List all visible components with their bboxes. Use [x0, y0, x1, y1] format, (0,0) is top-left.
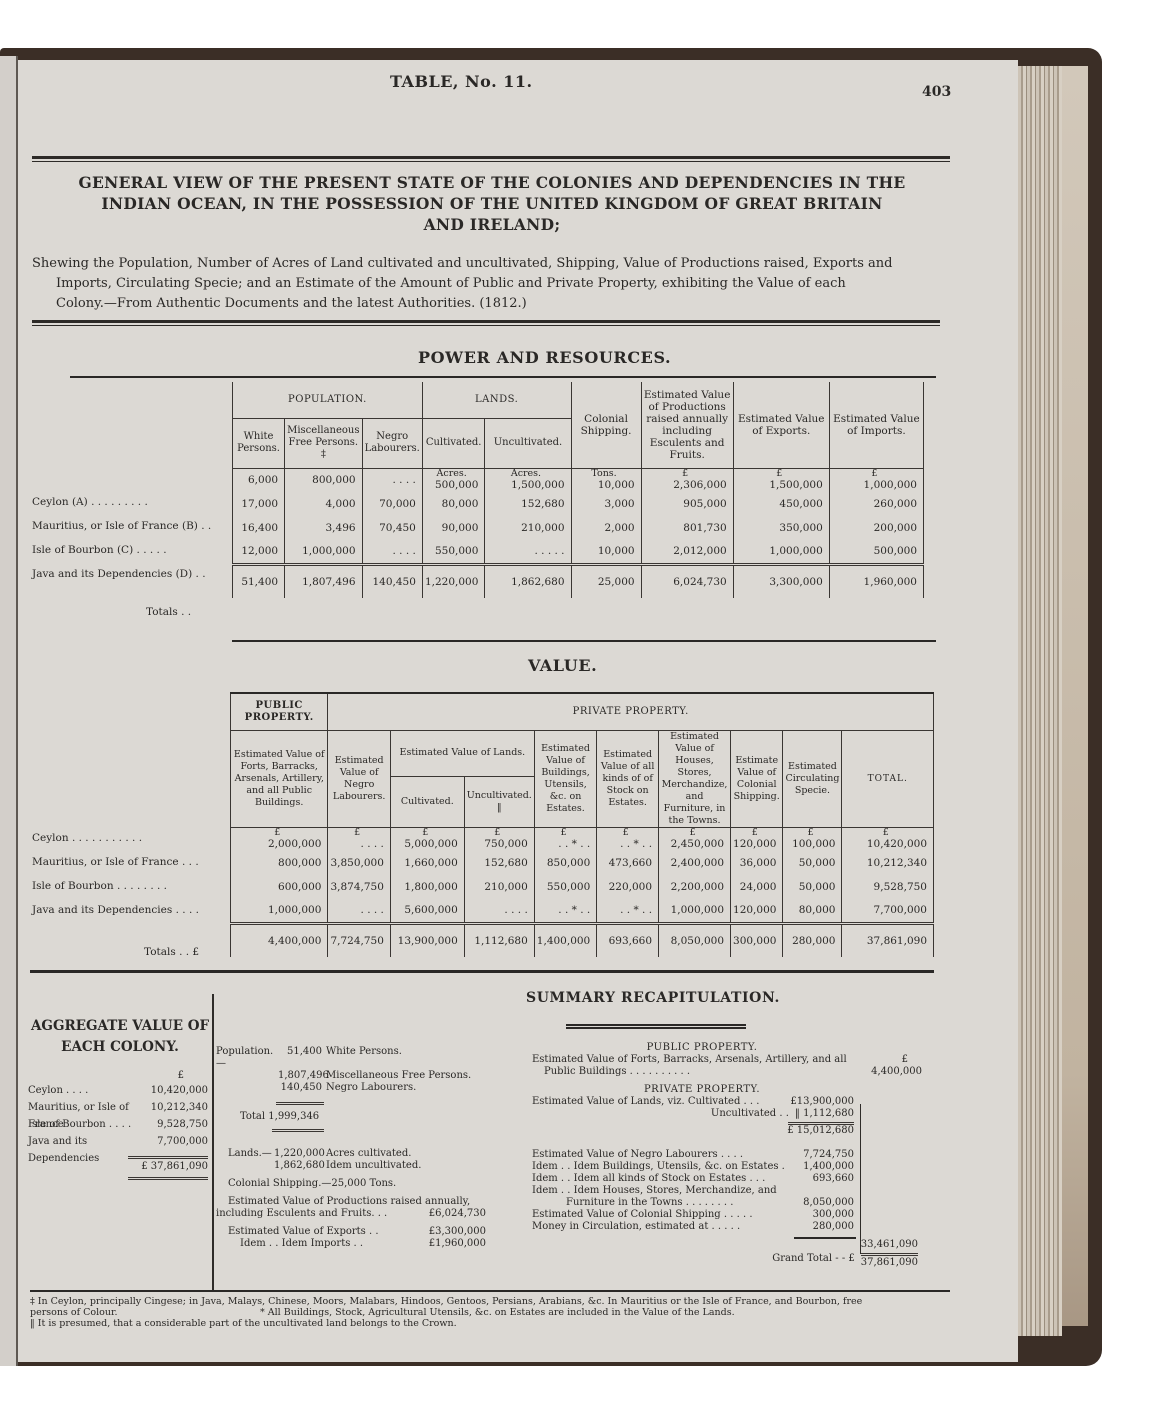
item-value: £1,960,000: [429, 1238, 486, 1250]
unit-label: £: [661, 828, 724, 838]
productions-label: Estimated Value of Productions raised an…: [216, 1196, 486, 1208]
table-row: 6,000 800,000 . . . . Acres.500,000 Acre…: [233, 468, 924, 492]
cell: 1,000,000: [659, 899, 731, 923]
shipping-summary: Colonial Shipping.—25,000 Tons.: [216, 1178, 486, 1190]
cell: 3,874,750: [328, 875, 390, 899]
list-item: Population.—51,400White Persons.: [216, 1046, 486, 1070]
recap-public-heading: PUBLIC PROPERTY.: [532, 1042, 872, 1054]
cell: 37,861,090: [842, 923, 934, 957]
col-header: White Persons.: [233, 418, 285, 468]
cell: 5,600,000: [390, 899, 464, 923]
list-item: Public Buildings . . . . . . . . . .4,40…: [532, 1066, 922, 1078]
cell: 220,000: [597, 875, 659, 899]
cell: . . * . .: [558, 838, 590, 850]
item-value: 7,700,000: [157, 1133, 208, 1150]
totals-row: 4,400,000 7,724,750 13,900,000 1,112,680…: [231, 923, 934, 957]
unit-label: £: [736, 469, 823, 479]
row-label: Isle of Bourbon . . . . . . . .: [32, 874, 199, 898]
rule: [232, 640, 936, 642]
col-header-total: TOTAL.: [842, 730, 934, 827]
col-header: Colonial Shipping.: [571, 382, 641, 468]
cell: 6,000: [233, 468, 285, 492]
grand-total-value: 37,861,090: [861, 1253, 918, 1269]
item-label: Acres cultivated.: [322, 1148, 411, 1160]
cell: 800,000: [231, 851, 328, 875]
item-value: £3,300,000: [429, 1226, 486, 1238]
list-item: Money in Circulation, estimated at . . .…: [532, 1221, 854, 1233]
cell: 2,000: [571, 516, 641, 540]
item-value: 1,862,680: [274, 1160, 322, 1172]
cell: 3,496: [285, 516, 363, 540]
population-summary: Population.—51,400White Persons. 1,807,4…: [216, 1046, 486, 1250]
item-value: 693,660: [813, 1173, 854, 1185]
list-item: Java and its Dependencies7,700,000: [28, 1133, 208, 1150]
cell: 3,000: [571, 492, 641, 516]
item-label: Money in Circulation, estimated at . . .…: [532, 1221, 740, 1233]
row-label: Mauritius, or Isle of France (B) . .: [32, 514, 211, 538]
item-label: Negro Labourers.: [322, 1082, 416, 1094]
item-label: Public Buildings . . . . . . . . . .: [532, 1066, 690, 1078]
col-header: Estimated Value of Exports.: [733, 382, 829, 468]
col-header: Estimate Value of Colonial Shipping.: [731, 730, 783, 827]
list-item: Estimated Value of Exports . .£3,300,000: [216, 1226, 486, 1238]
col-header: Estimated Value of all kinds of of Stock…: [597, 730, 659, 827]
item-label: Miscellaneous Free Persons.: [322, 1070, 471, 1082]
item-label: Idem . . Idem Buildings, Utensils, &c. o…: [532, 1161, 785, 1173]
title-line: GENERAL VIEW OF THE PRESENT STATE OF THE…: [32, 172, 952, 193]
col-header: Negro Labourers.: [362, 418, 422, 468]
footnotes: ‡ In Ceylon, principally Cingese; in Jav…: [30, 1296, 930, 1329]
unit-label: £: [537, 828, 590, 838]
recap-private-heading: PRIVATE PROPERTY.: [532, 1084, 872, 1096]
cell: 750,000: [484, 838, 527, 850]
cell: 1,000,000: [864, 479, 917, 491]
table-label: TABLE, No. 11.: [390, 72, 533, 91]
cell: 693,660: [597, 923, 659, 957]
group-lands-value: Estimated Value of Lands.: [390, 730, 534, 776]
item-value: ‖ 1,112,680: [795, 1108, 854, 1120]
cell: . . * . .: [620, 838, 652, 850]
cell: 550,000: [422, 540, 485, 564]
cell: 10,420,000: [867, 838, 927, 850]
list-item: Ceylon . . . .10,420,000: [28, 1082, 208, 1099]
cell: 70,450: [362, 516, 422, 540]
cell: 260,000: [829, 492, 923, 516]
cell: 50,000: [783, 851, 842, 875]
list-item: Idem . . Idem all kinds of Stock on Esta…: [532, 1173, 854, 1185]
list-item: Lands.—1,220,000Acres cultivated.: [216, 1148, 486, 1160]
item-label: Idem . . Idem all kinds of Stock on Esta…: [532, 1173, 765, 1185]
rule: [30, 1290, 950, 1292]
row-label-totals: Totals . . £: [144, 946, 199, 958]
item-value: £6,024,730: [429, 1208, 486, 1220]
cell: 2,012,000: [641, 540, 733, 564]
table-row: 800,000 3,850,000 1,660,000 152,680 850,…: [231, 851, 934, 875]
cell: 801,730: [641, 516, 733, 540]
unit-label: £: [393, 828, 458, 838]
item-value: 1,400,000: [803, 1161, 854, 1173]
cell: 600,000: [231, 875, 328, 899]
title-line: INDIAN OCEAN, IN THE POSSESSION OF THE U…: [32, 193, 952, 214]
unit-label: £: [733, 828, 776, 838]
cell: 550,000: [534, 875, 596, 899]
cell: 140,450: [362, 564, 422, 598]
unit-label: £: [28, 1070, 208, 1082]
item-label: Java and its Dependencies: [28, 1133, 157, 1150]
list-item: Uncultivated . .‖ 1,112,680: [532, 1108, 854, 1120]
cell: 152,680: [485, 492, 571, 516]
cell: 36,000: [731, 851, 783, 875]
item-value: 9,528,750: [157, 1116, 208, 1133]
cell: 300,000: [731, 923, 783, 957]
cell: 350,000: [733, 516, 829, 540]
cell: 7,724,750: [328, 923, 390, 957]
item-label: Estimated Value of Negro Labourers . . .…: [532, 1149, 743, 1161]
cell: 51,400: [233, 564, 285, 598]
item-value: 7,724,750: [803, 1149, 854, 1161]
unit-label: £: [785, 828, 835, 838]
cell: 12,000: [233, 540, 285, 564]
cell: 2,306,000: [673, 479, 726, 491]
cell: 90,000: [422, 516, 485, 540]
unit-label: £: [902, 1054, 922, 1066]
section-title-value: VALUE.: [528, 656, 597, 675]
unit-label: £: [599, 828, 652, 838]
population-total: Total 1,999,346: [216, 1111, 486, 1123]
item-label: Estimated Value of Exports . .: [228, 1226, 379, 1238]
cell: . . . .: [328, 899, 390, 923]
item-value: 51,400: [278, 1046, 322, 1070]
grand-total-row: Grand Total - - £37,861,090: [532, 1253, 918, 1269]
totals-row: 51,400 1,807,496 140,450 1,220,000 1,862…: [233, 564, 924, 598]
col-header: Cultivated.: [422, 418, 485, 468]
item-label: Idem . . Idem Imports . .: [240, 1238, 363, 1250]
list-item: 1,807,496Miscellaneous Free Persons.: [216, 1070, 486, 1082]
cell: . . . .: [362, 468, 422, 492]
table-row: 1,000,000 . . . . 5,600,000 . . . . . . …: [231, 899, 934, 923]
cell: 210,000: [464, 875, 534, 899]
group-lands: LANDS.: [422, 382, 571, 418]
item-value: 280,000: [813, 1221, 854, 1233]
group-population: POPULATION.: [233, 382, 423, 418]
column-divider: [212, 994, 214, 1290]
cell: 2,000,000: [268, 838, 321, 850]
cell: 70,000: [362, 492, 422, 516]
page-edges-outer: [1062, 66, 1088, 1326]
cell: . . * . .: [534, 899, 596, 923]
cell: 120,000: [731, 899, 783, 923]
list-item: Mauritius, or Isle of France10,212,340: [28, 1099, 208, 1116]
row-label: Isle of Bourbon (C) . . . . .: [32, 538, 211, 562]
cell: 5,000,000: [404, 838, 457, 850]
cell: 1,800,000: [390, 875, 464, 899]
cell: 17,000: [233, 492, 285, 516]
rule: [70, 376, 936, 378]
rule: [30, 970, 934, 973]
cell: 2,200,000: [659, 875, 731, 899]
row-label: Ceylon . . . . . . . . . . .: [32, 826, 199, 850]
cell: 1,000,000: [285, 540, 363, 564]
cell: 50,000: [783, 875, 842, 899]
row-label: Mauritius, or Isle of France . . .: [32, 850, 199, 874]
cell: . . . .: [464, 899, 534, 923]
cell: 2,400,000: [659, 851, 731, 875]
item-value: £13,900,000: [790, 1096, 854, 1108]
unit-label: £: [330, 828, 383, 838]
unit-label: Acres.: [487, 469, 564, 479]
value-row-labels: Ceylon . . . . . . . . . . . Mauritius, …: [32, 826, 199, 922]
item-label: Isle of Bourbon . . . .: [28, 1116, 131, 1133]
item-value: 4,400,000: [871, 1066, 922, 1078]
row-label: Ceylon (A) . . . . . . . . .: [32, 490, 211, 514]
cell: 1,112,680: [464, 923, 534, 957]
table-row: 12,000 1,000,000 . . . . 550,000 . . . .…: [233, 540, 924, 564]
item-value: 8,050,000: [803, 1197, 854, 1209]
group-private-property: PRIVATE PROPERTY.: [328, 694, 934, 730]
cell: 13,900,000: [390, 923, 464, 957]
table-row: 600,000 3,874,750 1,800,000 210,000 550,…: [231, 875, 934, 899]
item-label: Lands.—: [216, 1148, 274, 1160]
cell: 10,212,340: [842, 851, 934, 875]
list-item: Idem . . Idem Houses, Stores, Merchandiz…: [532, 1185, 854, 1197]
row-label-totals: Totals . .: [146, 606, 191, 618]
page-title: GENERAL VIEW OF THE PRESENT STATE OF THE…: [32, 172, 952, 235]
cell: 3,300,000: [733, 564, 829, 598]
col-header: Estimated Value of Negro Labourers.: [328, 730, 390, 827]
unit-label: £: [467, 828, 528, 838]
aggregate-title: AGGREGATE VALUE OF EACH COLONY.: [28, 1016, 212, 1058]
list-item: Estimated Value of Colonial Shipping . .…: [532, 1209, 854, 1221]
cell: 1,807,496: [285, 564, 363, 598]
cell: . . . .: [362, 540, 422, 564]
item-label: Mauritius, or Isle of France: [28, 1099, 151, 1116]
recap-block: PUBLIC PROPERTY. Estimated Value of Fort…: [532, 1042, 922, 1269]
item-label: Estimated Value of Lands, viz. Cultivate…: [532, 1096, 759, 1108]
power-row-labels: Ceylon (A) . . . . . . . . . Mauritius, …: [32, 490, 211, 586]
cell: 4,400,000: [231, 923, 328, 957]
item-label: Uncultivated . .: [711, 1108, 789, 1120]
item-value: 1,220,000: [274, 1148, 322, 1160]
list-item: Furniture in the Towns . . . . . . . .8,…: [532, 1197, 854, 1209]
item-label: Idem . . Idem Houses, Stores, Merchandiz…: [532, 1185, 777, 1197]
cell: 1,000,000: [733, 540, 829, 564]
double-rule: [32, 156, 950, 162]
unit-label: £: [233, 828, 321, 838]
cell: 210,000: [485, 516, 571, 540]
section-title-power: POWER AND RESOURCES.: [418, 348, 671, 367]
grand-total-label: Grand Total - - £: [772, 1253, 855, 1269]
cell: 280,000: [783, 923, 842, 957]
cell: 850,000: [534, 851, 596, 875]
unit-label: Tons.: [574, 469, 635, 479]
subtitle-line: Imports, Circulating Specie; and an Esti…: [32, 274, 952, 294]
cell: 8,050,000: [659, 923, 731, 957]
page-subtitle: Shewing the Population, Number of Acres …: [32, 254, 952, 314]
col-header: Estimated Value of Houses, Stores, Merch…: [659, 730, 731, 827]
aggregate-title-line: AGGREGATE VALUE OF: [28, 1016, 212, 1037]
list-item: Estimated Value of Forts, Barracks, Arse…: [532, 1054, 922, 1066]
item-label: including Esculents and Fruits. . .: [216, 1208, 387, 1220]
title-line: AND IRELAND;: [32, 214, 952, 235]
cell: 1,400,000: [534, 923, 596, 957]
aggregate-list: £ Ceylon . . . .10,420,000 Mauritius, or…: [28, 1070, 208, 1180]
cell: 7,700,000: [842, 899, 934, 923]
col-header: Estimated Value of Buildings, Utensils, …: [534, 730, 596, 827]
page-number: 403: [922, 84, 951, 100]
item-label: Idem uncultivated.: [322, 1160, 421, 1172]
cell: . . * . .: [597, 899, 659, 923]
list-item: Idem . . Idem Imports . .£1,960,000: [216, 1238, 486, 1250]
item-label: Ceylon . . . .: [28, 1082, 88, 1099]
facing-page-edge: [0, 56, 18, 1366]
cell: 1,500,000: [511, 479, 564, 491]
col-header: Miscellaneous Free Persons. ‡: [285, 418, 363, 468]
table-row: 17,000 4,000 70,000 80,000 152,680 3,000…: [233, 492, 924, 516]
col-header: Estimated Value of Imports.: [829, 382, 923, 468]
footnote: ‡ In Ceylon, principally Cingese; in Jav…: [30, 1296, 930, 1307]
col-header: Estimated Value of Forts, Barracks, Arse…: [231, 730, 328, 827]
item-label: Furniture in the Towns . . . . . . . .: [566, 1197, 733, 1209]
item-label: Estimated Value of Colonial Shipping . .…: [532, 1209, 753, 1221]
cell: 473,660: [597, 851, 659, 875]
double-rule: [32, 320, 940, 326]
cell: 16,400: [233, 516, 285, 540]
lands-total: £ 15,012,680: [532, 1125, 854, 1137]
cell: 1,862,680: [485, 564, 571, 598]
list-item: Isle of Bourbon . . . .9,528,750: [28, 1116, 208, 1133]
col-header: Uncultivated. ‖: [464, 776, 534, 827]
list-item: 1,862,680Idem uncultivated.: [216, 1160, 486, 1172]
cell: 1,220,000: [422, 564, 485, 598]
item-value: 300,000: [813, 1209, 854, 1221]
cell: 2,450,000: [671, 838, 724, 850]
cell: 80,000: [783, 899, 842, 923]
cell: 1,660,000: [390, 851, 464, 875]
cell: 905,000: [641, 492, 733, 516]
power-resources-table: POPULATION. LANDS. Colonial Shipping. Es…: [232, 382, 924, 598]
cell: 450,000: [733, 492, 829, 516]
item-label: Population.—: [216, 1046, 278, 1070]
footnote: ‖ It is presumed, that a considerable pa…: [30, 1318, 930, 1329]
cell: 10,000: [598, 479, 635, 491]
section-title-recap: SUMMARY RECAPITULATION.: [526, 990, 780, 1006]
item-value: 10,212,340: [151, 1099, 208, 1116]
row-label: Java and its Dependencies . . . .: [32, 898, 199, 922]
item-value: 140,450: [278, 1082, 322, 1094]
item-label: White Persons.: [322, 1046, 402, 1070]
row-label: Java and its Dependencies (D) . .: [32, 562, 211, 586]
unit-label: £: [644, 469, 727, 479]
col-header: Cultivated.: [390, 776, 464, 827]
aggregate-title-line: EACH COLONY.: [28, 1037, 212, 1058]
cell: 6,024,730: [641, 564, 733, 598]
unit-label: £: [832, 469, 917, 479]
cell: 4,000: [285, 492, 363, 516]
col-header: Estimated Value of Productions raised an…: [641, 382, 733, 468]
cell: . . . . .: [485, 540, 571, 564]
subtitle-line: Colony.—From Authentic Documents and the…: [32, 294, 952, 314]
cell: 120,000: [733, 838, 776, 850]
cell: 1,960,000: [829, 564, 923, 598]
item-value: 10,420,000: [151, 1082, 208, 1099]
list-item: Estimated Value of Lands, viz. Cultivate…: [532, 1096, 854, 1108]
cell: 152,680: [464, 851, 534, 875]
list-item: Idem . . Idem Buildings, Utensils, &c. o…: [532, 1161, 854, 1173]
list-item: including Esculents and Fruits. . .£6,02…: [216, 1208, 486, 1220]
cell: 500,000: [829, 540, 923, 564]
cell: 10,000: [571, 540, 641, 564]
cell: 1,500,000: [769, 479, 822, 491]
unit-label: £: [844, 828, 927, 838]
col-header: Estimated Circulating Specie.: [783, 730, 842, 827]
list-item: Estimated Value of Negro Labourers . . .…: [532, 1149, 854, 1161]
list-item: 140,450Negro Labourers.: [216, 1082, 486, 1094]
table-row: £2,000,000 £. . . . £5,000,000 £750,000 …: [231, 827, 934, 851]
table-row: 16,400 3,496 70,450 90,000 210,000 2,000…: [233, 516, 924, 540]
footnote: * All Buildings, Stock, Agricultural Ute…: [30, 1307, 930, 1318]
item-label: Estimated Value of Forts, Barracks, Arse…: [532, 1054, 847, 1066]
subtitle-line: Shewing the Population, Number of Acres …: [32, 254, 952, 274]
cell: 3,850,000: [328, 851, 390, 875]
group-public-property: PUBLIC PROPERTY.: [231, 694, 328, 730]
unit-label: Acres.: [425, 469, 479, 479]
bracket-line: [860, 1104, 861, 1254]
rule: [566, 1024, 746, 1029]
cell: 25,000: [571, 564, 641, 598]
cell: 9,528,750: [842, 875, 934, 899]
page-edges: [1018, 66, 1062, 1336]
cell: 200,000: [829, 516, 923, 540]
cell: 1,000,000: [231, 899, 328, 923]
item-value: 1,807,496: [278, 1070, 322, 1082]
cell: . . . .: [361, 838, 384, 850]
value-table: PUBLIC PROPERTY. PRIVATE PROPERTY. Estim…: [230, 694, 934, 957]
cell: 24,000: [731, 875, 783, 899]
cell: 800,000: [285, 468, 363, 492]
col-header: Uncultivated.: [485, 418, 571, 468]
cell: 500,000: [435, 479, 478, 491]
cell: 100,000: [792, 838, 835, 850]
cell: 80,000: [422, 492, 485, 516]
